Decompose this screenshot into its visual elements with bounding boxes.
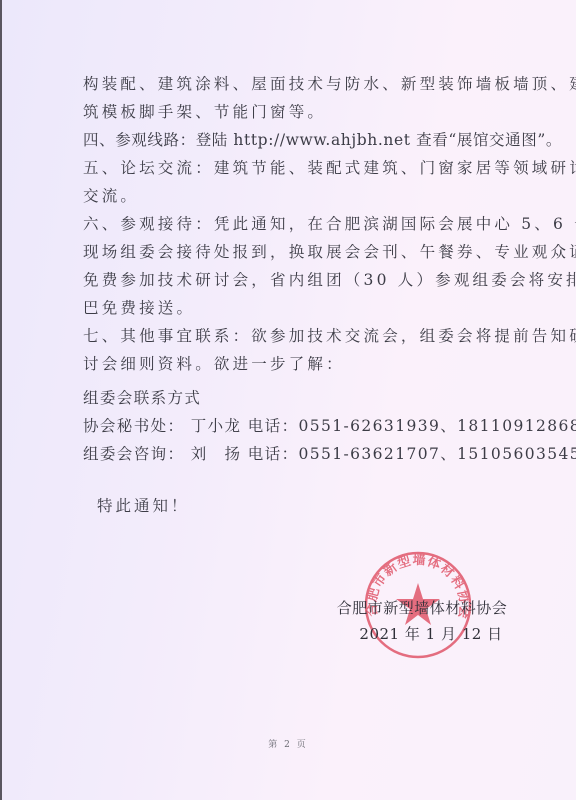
phone-numbers: 0551-63621707、15105603545 [298,445,576,463]
paragraph-line: 七、其他事宜联系：欲参加技术交流会，组委会将提前告知研 [83,322,503,350]
contact-name: 刘 扬 [191,445,242,463]
scan-edge [0,0,2,800]
contact-heading: 组委会联系方式 [83,384,576,412]
route-line: 四、参观线路：登陆 http://www.ahjbh.net 查看“展馆交通图”… [83,126,503,154]
phone-label: 电话： [248,445,299,463]
contact-name: 丁小龙 [191,417,242,435]
paragraph-line: 免费参加技术研讨会，省内组团（30 人）参观组委会将安排大 [83,266,503,294]
contact-label: 协会秘书处： [83,417,184,435]
contact-row: 组委会咨询： 刘 扬 电话：0551-63621707、15105603545 [83,440,576,468]
paragraph-line: 六、参观接待：凭此通知，在合肥滨湖国际会展中心 5、6 号馆 [83,210,503,238]
contact-row: 协会秘书处： 丁小龙 电话：0551-62631939、18110912868 [83,412,576,440]
paragraph-line: 筑模板脚手架、节能门窗等。 [83,98,503,126]
contact-label: 组委会咨询： [83,445,184,463]
document-page: 构装配、建筑涂料、屋面技术与防水、新型装饰墙板墙顶、建 筑模板脚手架、节能门窗等… [0,0,576,800]
closing-remark: 特此通知！ [97,494,190,516]
phone-numbers: 0551-62631939、18110912868 [298,417,576,435]
paragraph-line: 讨会细则资料。欲进一步了解： [83,350,503,378]
signature-block: 合肥市新型墙体材料协会 2021 年 1 月 12 日 [327,595,517,647]
signing-date: 2021 年 1 月 12 日 [327,621,517,647]
paragraph-line: 五、论坛交流：建筑节能、装配式建筑、门窗家居等领域研讨 [83,154,503,182]
paragraph-line: 现场组委会接待处报到，换取展会会刊、午餐券、专业观众证、 [83,238,503,266]
phone-label: 电话： [248,417,299,435]
paragraph-line: 巴免费接送。 [83,294,503,322]
paragraph-line: 构装配、建筑涂料、屋面技术与防水、新型装饰墙板墙顶、建 [83,70,503,98]
signing-organization: 合肥市新型墙体材料协会 [327,595,517,621]
page-number: 第 2 页 [0,737,576,750]
paragraph-line: 交流。 [83,182,503,210]
contact-section: 组委会联系方式 协会秘书处： 丁小龙 电话：0551-62631939、1811… [83,384,576,468]
notice-body: 构装配、建筑涂料、屋面技术与防水、新型装饰墙板墙顶、建 筑模板脚手架、节能门窗等… [83,70,503,378]
